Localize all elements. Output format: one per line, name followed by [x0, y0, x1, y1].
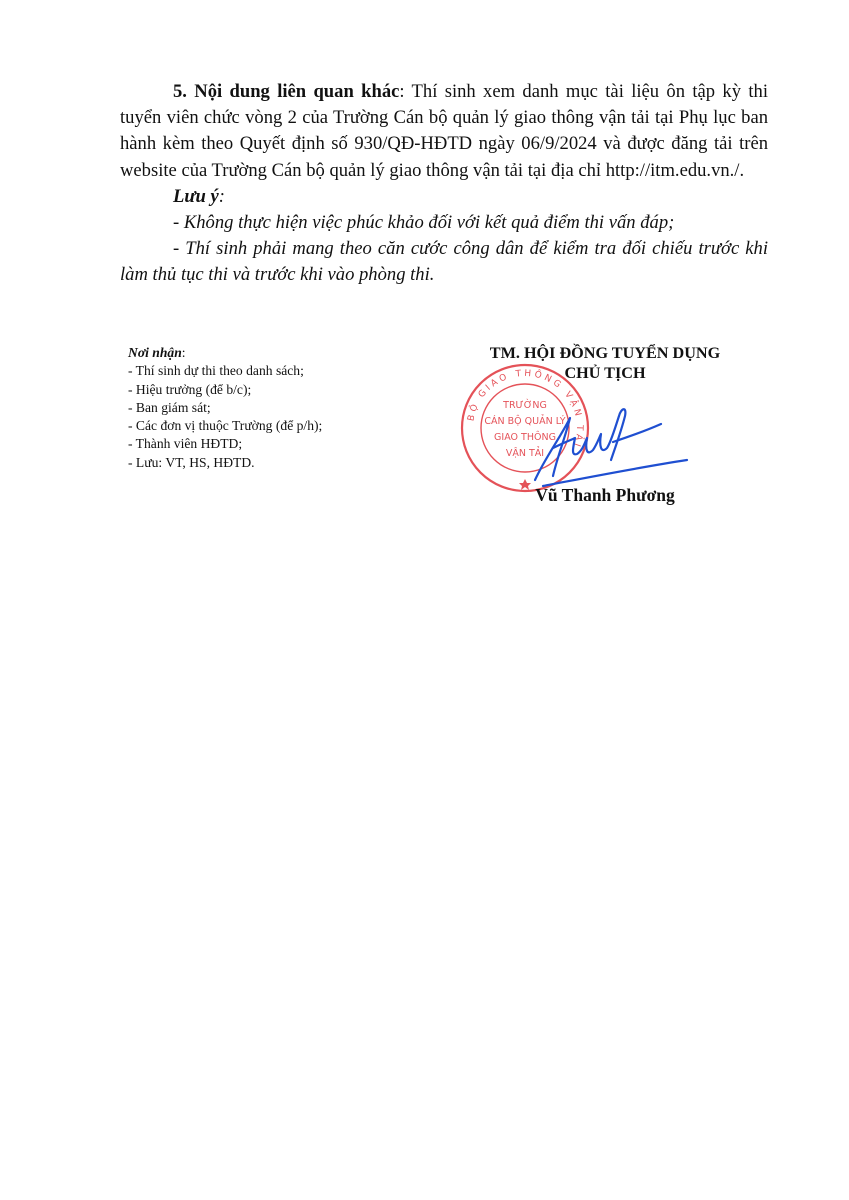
note-title-label: Lưu ý — [173, 186, 219, 207]
note-title: Lưu ý: — [120, 184, 768, 210]
signature-block: TM. HỘI ĐỒNG TUYỂN DỤNG CHỦ TỊCH BỘ GIAO… — [455, 343, 755, 513]
signatory-organization: TM. HỘI ĐỒNG TUYỂN DỤNG — [455, 343, 755, 363]
note-item: - Thí sinh phải mang theo căn cước công … — [120, 236, 768, 288]
recipients-title: Nơi nhận: — [128, 344, 322, 362]
document-body: 5. Nội dung liên quan khác: Thí sinh xem… — [120, 79, 768, 289]
note-title-suffix: : — [219, 186, 225, 207]
recipient-item: - Các đơn vị thuộc Trường (để p/h); — [128, 417, 322, 435]
section-5-paragraph: 5. Nội dung liên quan khác: Thí sinh xem… — [120, 79, 768, 184]
note-item: - Không thực hiện việc phúc khảo đối với… — [120, 210, 768, 236]
recipients-title-label: Nơi nhận — [128, 345, 182, 360]
handwritten-signature-icon — [515, 398, 690, 488]
recipient-item: - Ban giám sát; — [128, 399, 322, 417]
recipient-item: - Thành viên HĐTD; — [128, 435, 322, 453]
section-5-heading: 5. Nội dung liên quan khác — [173, 81, 399, 102]
recipient-item: - Lưu: VT, HS, HĐTD. — [128, 454, 322, 472]
recipients-block: Nơi nhận: - Thí sinh dự thi theo danh sá… — [128, 344, 322, 472]
recipient-item: - Thí sinh dự thi theo danh sách; — [128, 362, 322, 380]
recipients-title-suffix: : — [182, 345, 186, 360]
recipient-item: - Hiệu trưởng (để b/c); — [128, 381, 322, 399]
